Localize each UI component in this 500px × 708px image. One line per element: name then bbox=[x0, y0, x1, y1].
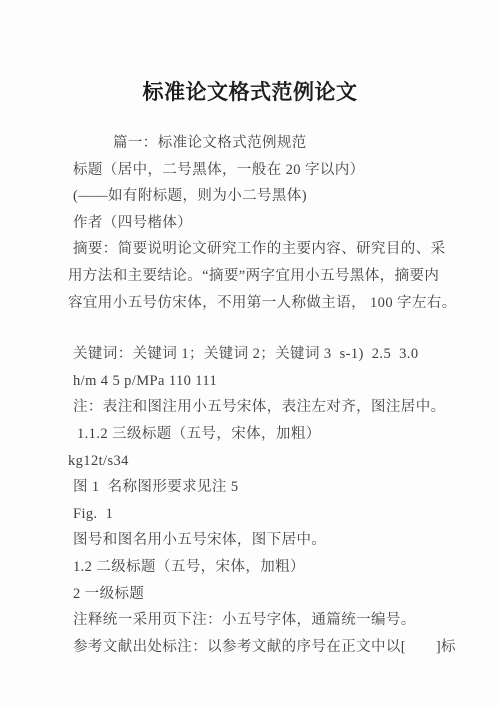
doc-line: 图 1 名称图形要求见注 5 bbox=[68, 474, 464, 501]
doc-line: 1.2 二级标题（五号，宋体，加粗） bbox=[68, 554, 464, 581]
doc-line: Fig. 1 bbox=[68, 501, 464, 528]
doc-line: 篇一：标准论文格式范例规范 bbox=[68, 130, 464, 157]
doc-line: 2 一级标题 bbox=[68, 581, 464, 608]
doc-line: 注释统一采用页下注：小五号字体，通篇统一编号。 bbox=[68, 607, 464, 634]
doc-line: kg12t/s34 bbox=[68, 448, 464, 475]
page-title: 标准论文格式范例论文 bbox=[0, 0, 500, 106]
doc-line: 作者（四号楷体） bbox=[68, 210, 464, 237]
doc-line: 标题（居中，二号黑体，一般在 20 字以内） bbox=[68, 157, 464, 184]
doc-line: (——如有附标题，则为小二号黑体) bbox=[68, 183, 464, 210]
doc-line: 参考文献出处标注：以参考文献的序号在正文中以[ ]标 bbox=[68, 634, 464, 661]
doc-line: 摘要：简要说明论文研究工作的主要内容、研究目的、采 bbox=[68, 236, 464, 263]
doc-line: h/m 4 5 p/MPa 110 111 bbox=[68, 368, 464, 395]
document-body: 篇一：标准论文格式范例规范 标题（居中，二号黑体，一般在 20 字以内） (——… bbox=[0, 130, 500, 660]
doc-line: 容宜用小五号仿宋体，不用第一人称做主语， 100 字左右。 bbox=[68, 290, 464, 317]
doc-line: 关键词：关键词 1；关键词 2；关键词 3 s-1) 2.5 3.0 bbox=[68, 341, 464, 368]
doc-line: 用方法和主要结论。“摘要”两字宜用小五号黑体，摘要内 bbox=[68, 263, 464, 290]
doc-line: 注：表注和图注用小五号宋体，表注左对齐，图注居中。 bbox=[68, 394, 464, 421]
doc-line: 1.1.2 三级标题（五号，宋体，加粗） bbox=[68, 421, 464, 448]
document-page: 标准论文格式范例论文 篇一：标准论文格式范例规范 标题（居中，二号黑体，一般在 … bbox=[0, 0, 500, 708]
doc-line: 图号和图名用小五号宋体，图下居中。 bbox=[68, 527, 464, 554]
